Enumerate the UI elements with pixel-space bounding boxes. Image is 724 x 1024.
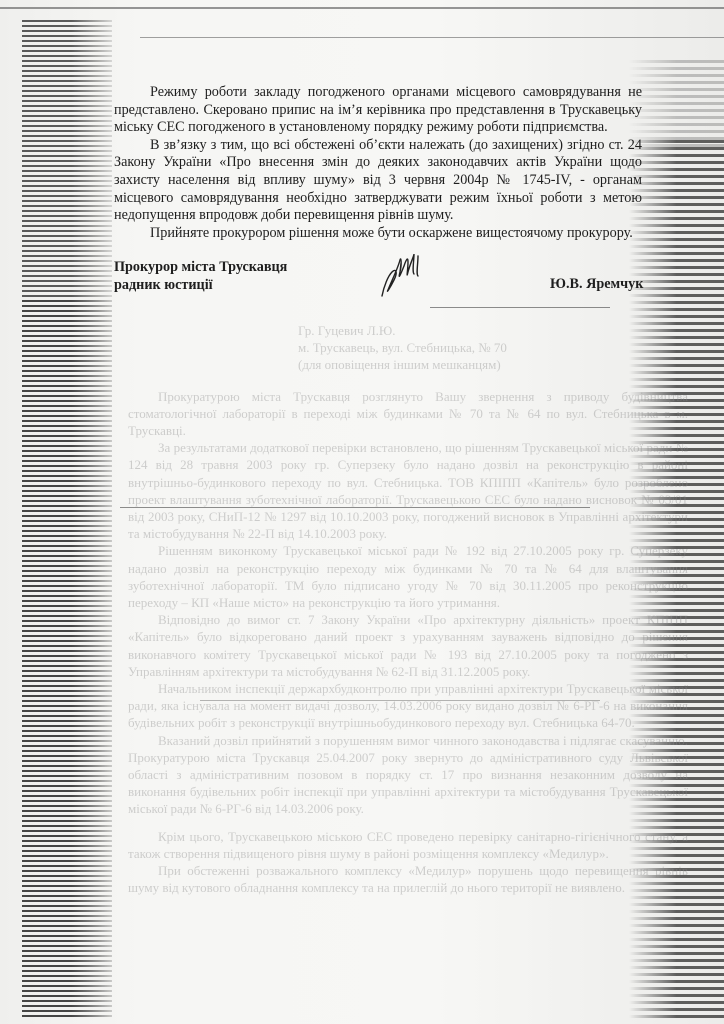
bleed-paragraph: Прокуратурою міста Трускавця розглянуто … xyxy=(128,388,688,440)
signature-block: Прокурор міста Трускавця радник юстиції … xyxy=(114,258,654,328)
bleed-paragraph: Крім цього, Трускавецькою міською СЕС пр… xyxy=(128,828,688,862)
bleed-paragraph: Начальником інспекції держархбудконтролю… xyxy=(128,680,688,732)
bleed-header-line: (для оповіщення іншим мешканцям) xyxy=(128,356,688,373)
bleed-paragraph: Рішенням виконкому Трускавецької міської… xyxy=(128,542,688,611)
fold-line xyxy=(200,700,600,701)
signatory-rank: радник юстиції xyxy=(114,276,287,294)
spacer xyxy=(128,374,688,388)
bleed-paragraph: При обстеженні розважального комплексу «… xyxy=(128,862,688,896)
paragraph: Режиму роботи закладу погодженого органа… xyxy=(114,84,642,137)
paragraph: В зв’язку з тим, що всі обстежені об’єкт… xyxy=(114,137,642,225)
scanner-streak-left-faint xyxy=(22,300,112,1020)
handwritten-signature-icon xyxy=(378,250,430,302)
reverse-side-bleedthrough: Гр. Гуцевич Л.Ю. м. Трускавець, вул. Сте… xyxy=(128,322,688,897)
signatory-name: Ю.В. Яремчук xyxy=(550,276,643,293)
signatory-position: Прокурор міста Трускавця xyxy=(114,258,287,276)
bleed-paragraph: За результатами додаткової перевірки вст… xyxy=(128,439,688,542)
bleed-header-line: м. Трускавець, вул. Стебницька, № 70 xyxy=(128,339,688,356)
spacer xyxy=(128,818,688,828)
document-body: Режиму роботи закладу погодженого органа… xyxy=(114,84,642,242)
scanner-streak-right-top xyxy=(629,60,724,150)
bleed-paragraph: Вказаний дозвіл прийнятий з порушенням в… xyxy=(128,732,688,818)
signatory-title: Прокурор міста Трускавця радник юстиції xyxy=(114,258,287,294)
header-rule xyxy=(140,37,724,38)
scanned-page: Гр. Гуцевич Л.Ю. м. Трускавець, вул. Сте… xyxy=(0,0,724,1024)
scan-edge-rule xyxy=(0,7,724,9)
fold-line xyxy=(120,507,590,508)
paragraph: Прийняте прокурором рішення може бути ос… xyxy=(114,225,642,243)
bleed-paragraph: Відповідно до вимог ст. 7 Закону України… xyxy=(128,611,688,680)
